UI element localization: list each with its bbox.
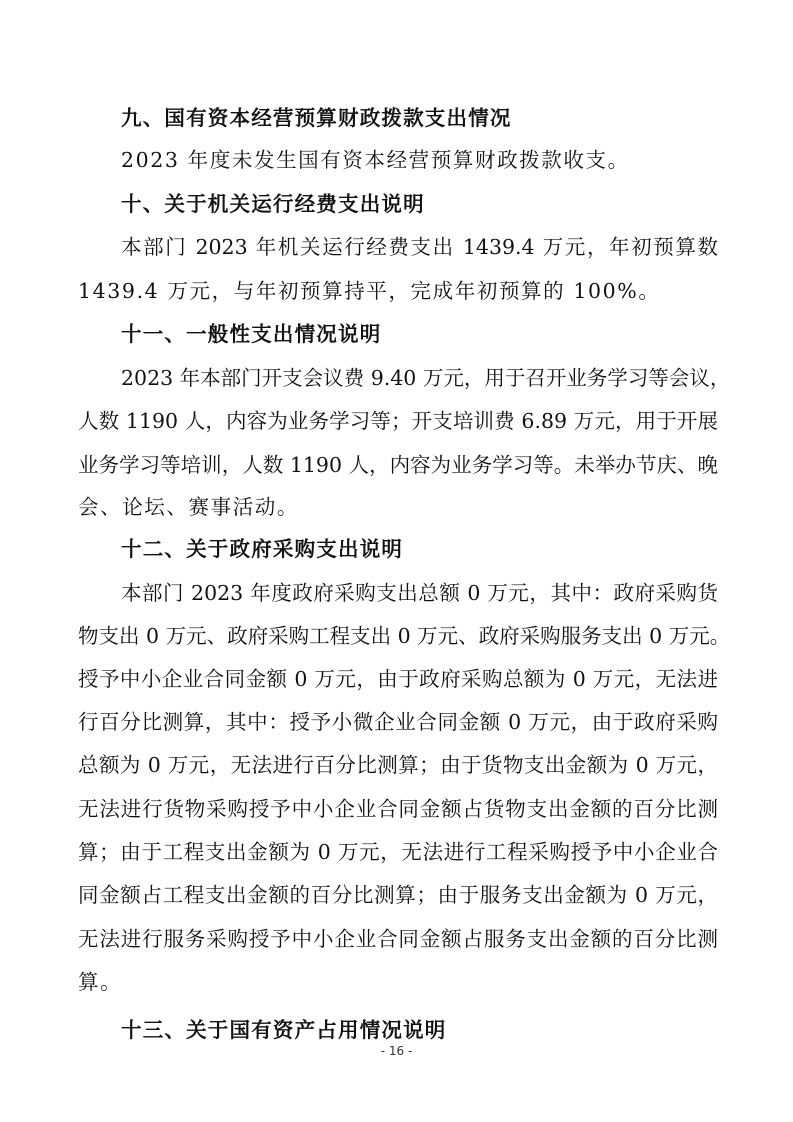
- section-heading-11: 十一、一般性支出情况说明: [121, 321, 761, 347]
- paragraph-line: 总额为 0 万元，无法进行百分比测算；由于货物支出金额为 0 万元，: [78, 752, 718, 778]
- paragraph-line: 算；由于工程支出金额为 0 万元，无法进行工程采购授予中小企业合: [78, 839, 718, 865]
- paragraph-line: 1439.4 万元，与年初预算持平，完成年初预算的 100%。: [78, 278, 718, 304]
- paragraph-line: 本部门 2023 年度政府采购支出总额 0 万元，其中：政府采购货: [121, 580, 718, 606]
- section-heading-10: 十、关于机关运行经费支出说明: [121, 191, 761, 217]
- paragraph-line: 本部门 2023 年机关运行经费支出 1439.4 万元，年初预算数: [121, 234, 718, 260]
- paragraph-line: 物支出 0 万元、政府采购工程支出 0 万元、政府采购服务支出 0 万元。: [78, 623, 718, 649]
- paragraph-line: 2023 年度未发生国有资本经营预算财政拨款收支。: [121, 147, 761, 173]
- paragraph-line: 行百分比测算，其中：授予小微企业合同金额 0 万元，由于政府采购: [78, 709, 718, 735]
- section-heading-9: 九、国有资本经营预算财政拨款支出情况: [121, 105, 761, 131]
- section-heading-13: 十三、关于国有资产占用情况说明: [121, 1017, 761, 1043]
- paragraph-line: 算。: [78, 969, 718, 995]
- paragraph-line: 无法进行货物采购授予中小企业合同金额占货物支出金额的百分比测: [78, 796, 718, 822]
- section-heading-12: 十二、关于政府采购支出说明: [121, 536, 761, 562]
- page-number: - 16 -: [0, 1044, 793, 1058]
- document-page: 九、国有资本经营预算财政拨款支出情况 2023 年度未发生国有资本经营预算财政拨…: [0, 0, 793, 1122]
- paragraph-line: 授予中小企业合同金额 0 万元，由于政府采购总额为 0 万元，无法进: [78, 666, 718, 692]
- paragraph-line: 业务学习等培训，人数 1190 人，内容为业务学习等。未举办节庆、晚: [78, 452, 718, 478]
- paragraph-line: 2023 年本部门开支会议费 9.40 万元，用于召开业务学习等会议，: [121, 365, 718, 391]
- paragraph-line: 人数 1190 人，内容为业务学习等；开支培训费 6.89 万元，用于开展: [78, 408, 718, 434]
- paragraph-line: 同金额占工程支出金额的百分比测算；由于服务支出金额为 0 万元，: [78, 882, 718, 908]
- paragraph-line: 会、论坛、赛事活动。: [78, 494, 718, 520]
- paragraph-line: 无法进行服务采购授予中小企业合同金额占服务支出金额的百分比测: [78, 926, 718, 952]
